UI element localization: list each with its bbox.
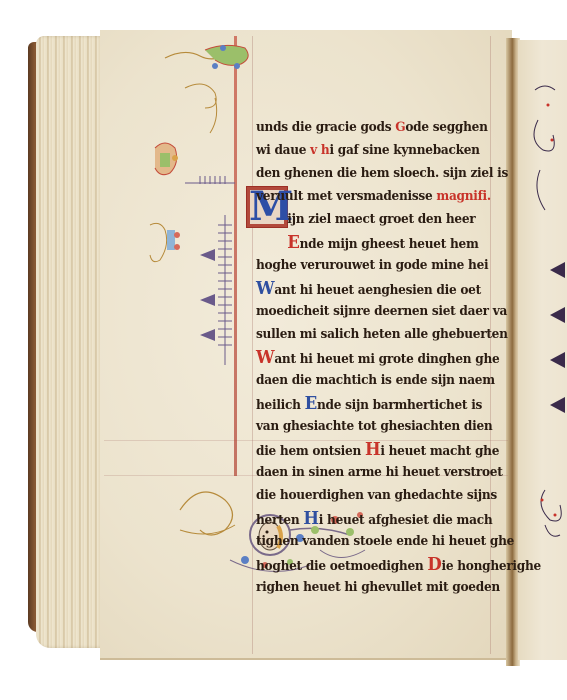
text-line: unds die gracie gods Gode segghen [256, 116, 469, 139]
text-line: herten Hi heuet afghesiet die mach [256, 507, 469, 530]
text-line: heilich Ende sijn barmhertichet is [256, 392, 469, 415]
text-line: sullen mi salich heten alle ghebuerten [256, 323, 469, 346]
text-line: Want hi heuet mi grote dinghen ghe [256, 346, 469, 369]
open-manuscript-book: M unds die gracie gods Gode segghen wi d… [0, 0, 567, 700]
text-line: Want hi heuet aenghesien die oet [256, 277, 469, 300]
text-line: Ende mijn gheest heuet hem [256, 231, 469, 254]
text-line: die houerdighen van ghedachte sijns [256, 484, 469, 507]
text-line: die hem ontsien Hi heuet macht ghe [256, 438, 469, 461]
text-line: van ghesiachte tot ghesiachten dien [256, 415, 469, 438]
text-line: daen in sinen arme hi heuet verstroet [256, 461, 469, 484]
text-line: tighen vanden stoele ende hi heuet ghe [256, 530, 469, 553]
text-line: ijn ziel maect groet den heer [256, 208, 469, 231]
top-border-foliage-icon [145, 38, 260, 188]
middle-border-foliage-icon [145, 215, 250, 365]
manuscript-text-block: unds die gracie gods Gode segghen wi dau… [256, 116, 488, 599]
recto-pen-flourish-icon [530, 60, 567, 560]
text-line: hoghe verurouwet in gode mine hei [256, 254, 469, 277]
text-line: veruult met versmadenisse magnifi. [256, 185, 469, 208]
text-line: wi daue v hi gaf sine kynnebacken [256, 139, 469, 162]
text-line: righen heuet hi ghevullet mit goeden [256, 576, 469, 599]
text-line: hoghet die oetmoedighen Die hongherighe [256, 553, 469, 576]
text-line: daen die machtich is ende sijn naem [256, 369, 469, 392]
page-fore-edges [36, 36, 108, 648]
text-line: den ghenen die hem sloech. sijn ziel is [256, 162, 469, 185]
text-line: moedicheit sijnre deernen siet daer va [256, 300, 469, 323]
